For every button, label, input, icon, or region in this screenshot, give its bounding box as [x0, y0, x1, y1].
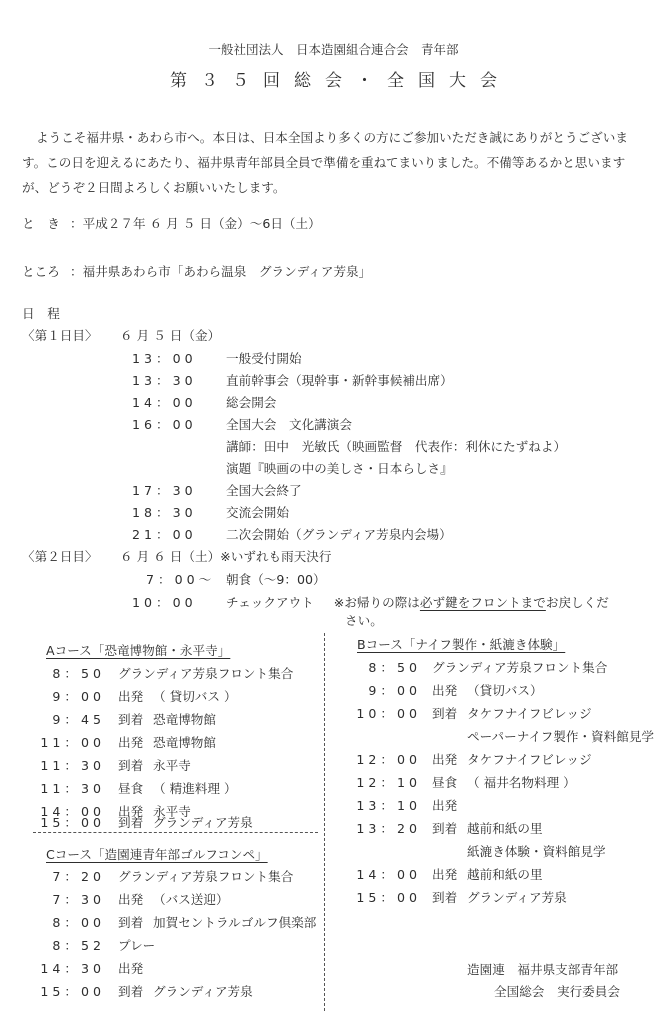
venue-info: ところ：福井県あわら市「あわら温泉 グランディア芳泉」 [22, 261, 371, 280]
course-b-time: 15：00 [346, 887, 421, 906]
course-c-title: Cコース「造園連青年部ゴルフコンペ」 [46, 844, 268, 863]
date-info: と き：平成２７年 ６ 月 ５ 日（金）～6日（土） [22, 213, 321, 232]
signature-line-2: 全国総会 実行委員会 [494, 981, 620, 1000]
day1-time: 16：00 [132, 414, 197, 433]
organization-name: 一般社団法人 日本造園組合連合会 青年部 [0, 40, 667, 58]
course-a-action: 出発 [118, 686, 143, 705]
course-a-time: 15：00 [30, 812, 105, 831]
course-c-time: 7：30 [30, 889, 105, 908]
day1-time: 21：00 [132, 524, 197, 543]
day1-date: ６ 月 ５ 日（金） [120, 325, 220, 344]
course-a-place: （ 精進料理 ） [153, 778, 237, 797]
date-value: ：平成２７年 ６ 月 ５ 日（金）～6日（土） [70, 216, 321, 231]
checkout-note-prefix: ※お帰りの際は [334, 595, 420, 610]
course-b-place: タケフナイフビレッジ [467, 703, 592, 722]
day2-event: 朝食（～9：00） [226, 569, 326, 588]
checkout-note-emphasis: 必ず鍵をフロントまで [420, 595, 546, 610]
schedule-heading: 日 程 [22, 303, 60, 322]
course-c-time: 15：00 [30, 981, 105, 1000]
course-c-action: プレー [118, 935, 155, 954]
venue-label: ところ [22, 261, 70, 280]
course-b-action: 昼食 [432, 772, 457, 791]
course-b-time: 10：00 [346, 703, 421, 722]
course-a-action: 到着 [118, 755, 143, 774]
course-b-place: タケフナイフビレッジ [467, 749, 592, 768]
day1-event: 交流会開始 [226, 502, 289, 521]
day1-label: 〈第１日目〉 [22, 325, 98, 344]
day1-time: 13：00 [132, 348, 197, 367]
day1-event: 全国大会 文化講演会 [226, 414, 352, 433]
course-a-time: 9：45 [30, 709, 105, 728]
course-b-action: 到着 [432, 887, 457, 906]
day2-date-text: ６ 月 ６ 日（土） [120, 549, 220, 564]
day1-event: 直前幹事会（現幹事・新幹事候補出席） [226, 370, 453, 389]
day1-lecture-topic: 演題『映画の中の美しさ・日本らしさ』 [226, 458, 453, 477]
course-b-action: グランディア芳泉フロント集合 [432, 657, 607, 676]
course-b-time: 8：50 [346, 657, 421, 676]
course-a-action: 昼食 [118, 778, 143, 797]
course-c-place: グランディア芳泉 [153, 981, 253, 1000]
course-b-place: 紙漉き体験・資料館見学 [467, 841, 606, 860]
course-b-time: 12：00 [346, 749, 421, 768]
course-b-action: 出発 [432, 680, 457, 699]
course-a-place: （ 貸切バス ） [153, 686, 237, 705]
course-b-action: 到着 [432, 818, 457, 837]
course-a-place: 恐竜博物館 [153, 732, 216, 751]
course-divider [33, 832, 318, 833]
course-a-time: 11：30 [30, 755, 105, 774]
checkout-note-suffix: お戻しくだ [546, 595, 609, 610]
course-a-place: 恐竜博物館 [153, 709, 216, 728]
course-c-action: 出発 [118, 889, 143, 908]
course-a-time: 11：30 [30, 778, 105, 797]
course-c-time: 8：52 [30, 935, 105, 954]
day1-time: 14：00 [132, 392, 197, 411]
day1-event: 一般受付開始 [226, 348, 302, 367]
course-c-action: グランディア芳泉フロント集合 [118, 866, 293, 885]
day2-time: 10：00 [132, 592, 197, 611]
course-a-action: 到着 [118, 812, 143, 831]
course-b-action: 出発 [432, 864, 457, 883]
course-b-place: （ 福井名物料理 ） [467, 772, 576, 791]
course-b-action: 出発 [432, 749, 457, 768]
course-c-place: （バス送迎） [153, 889, 229, 908]
day1-event: 全国大会終了 [226, 480, 302, 499]
date-label: と き [22, 213, 70, 232]
course-c-place: 加賀セントラルゴルフ倶楽部 [153, 912, 316, 931]
course-a-place: 永平寺 [153, 755, 191, 774]
course-a-action: グランディア芳泉フロント集合 [118, 663, 293, 682]
day1-time: 13：30 [132, 370, 197, 389]
checkout-note-wrap: さい。 [345, 610, 383, 629]
course-c-action: 到着 [118, 981, 143, 1000]
course-a-action: 到着 [118, 709, 143, 728]
course-b-time: 13：10 [346, 795, 421, 814]
greeting-paragraph: ようこそ福井県・あわら市へ。本日は、日本全国より多くの方にご参加いただき誠にあり… [22, 125, 637, 200]
day2-date: ６ 月 ６ 日（土）※いずれも雨天決行 [120, 546, 331, 565]
course-c-time: 8：00 [30, 912, 105, 931]
day1-time: 18：30 [132, 502, 197, 521]
day2-time: 7：00～ [146, 569, 215, 588]
course-c-action: 到着 [118, 912, 143, 931]
course-b-time: 9：00 [346, 680, 421, 699]
course-a-title: Aコース「恐竜博物館・永平寺」 [46, 640, 230, 659]
course-a-time: 11：00 [30, 732, 105, 751]
course-b-place: グランディア芳泉 [467, 887, 567, 906]
checkout-label: チェックアウト [226, 595, 314, 610]
day1-lecturer: 講師：田中 光敏氏（映画監督 代表作：利休にたずねよ） [226, 436, 566, 455]
course-c-time: 7：20 [30, 866, 105, 885]
day2-event: チェックアウト※お帰りの際は必ず鍵をフロントまでお戻しくだ [226, 592, 609, 611]
course-b-time: 14：00 [346, 864, 421, 883]
day1-event: 二次会開始（グランディア芳泉内会場） [226, 524, 452, 543]
course-c-time: 14：30 [30, 958, 105, 977]
document-title: 第３５回総会・全国大会 [0, 66, 667, 91]
day2-rain-note: ※いずれも雨天決行 [220, 549, 331, 564]
course-b-time: 12：10 [346, 772, 421, 791]
course-b-place: 越前和紙の里 [467, 864, 543, 883]
course-b-place: 越前和紙の里 [467, 818, 543, 837]
course-a-time: 8：50 [30, 663, 105, 682]
signature-line-1: 造園連 福井県支部青年部 [467, 959, 618, 978]
day1-time: 17：30 [132, 480, 197, 499]
course-a-action: 出発 [118, 732, 143, 751]
course-a-place: グランディア芳泉 [153, 812, 253, 831]
course-a-time: 9：00 [30, 686, 105, 705]
course-b-place: ペーパーナイフ製作・資料館見学 [467, 726, 654, 745]
course-c-action: 出発 [118, 958, 143, 977]
course-b-action: 出発 [432, 795, 457, 814]
venue-value: ：福井県あわら市「あわら温泉 グランディア芳泉」 [70, 264, 371, 279]
course-b-action: 到着 [432, 703, 457, 722]
course-b-time: 13：20 [346, 818, 421, 837]
day2-label: 〈第２日目〉 [22, 546, 98, 565]
day1-event: 総会開会 [226, 392, 276, 411]
column-divider [324, 633, 325, 1011]
course-b-title: Bコース「ナイフ製作・紙漉き体験」 [357, 634, 565, 653]
course-b-place: （貸切バス） [467, 680, 543, 699]
